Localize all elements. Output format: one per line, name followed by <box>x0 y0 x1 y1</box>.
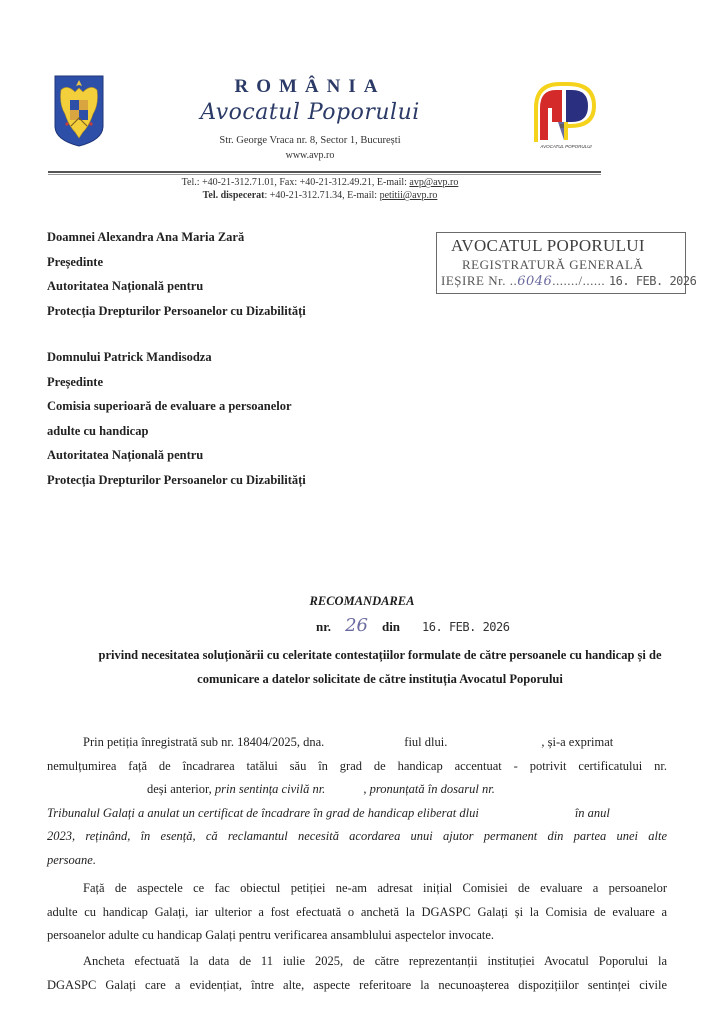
body-line: Față de aspectele ce fac obiectul petiți… <box>47 877 667 901</box>
recommendation-date: 16. FEB. 2026 <box>422 620 509 634</box>
letterhead-address: Str. George Vraca nr. 8, Sector 1, Bucur… <box>180 135 440 146</box>
recipient-block-1: Doamnei Alexandra Ana Maria Zară Președi… <box>47 227 306 325</box>
recommendation-title-text: RECOMANDAREA <box>310 594 415 608</box>
stamp-separator: ......./...... <box>552 273 605 288</box>
avp-logo-icon: AVOCATUL POPORULUI <box>522 78 604 154</box>
paragraph-3: Ancheta efectuată la data de 11 iulie 20… <box>47 950 667 997</box>
body-line: persoane. <box>47 849 667 873</box>
recommendation-title: RECOMANDAREA <box>0 594 724 609</box>
recipient-name: Domnului Patrick Mandisodza <box>47 347 306 372</box>
body-line: nemulțumirea față de încadrarea tatălui … <box>47 755 667 779</box>
text-segment: Prin petiția înregistrată sub nr. 18404/… <box>83 735 324 749</box>
text-segment: în anul <box>575 806 610 820</box>
body-line: Tribunalul Galați a anulat un certificat… <box>47 802 667 826</box>
recommendation-number: 26 <box>345 615 368 636</box>
letterhead-website[interactable]: www.avp.ro <box>180 150 440 161</box>
svg-text:AVOCATUL POPORULUI: AVOCATUL POPORULUI <box>539 144 592 149</box>
petition-email-link[interactable]: petitii@avp.ro <box>380 190 438 201</box>
recommendation-subject: privind necesitatea soluționării cu cele… <box>80 643 680 691</box>
dispatch-phone: : +40-21-312.71.34, E-mail: <box>264 190 379 201</box>
nr-label: nr. <box>316 619 331 634</box>
text-segment: , pronunțată în dosarul nr. <box>363 782 495 796</box>
text-segment: prin sentința civilă nr. <box>215 782 325 796</box>
contact-email-link[interactable]: avp@avp.ro <box>409 177 458 188</box>
recipient-org-line: Protecția Drepturilor Persoanelor cu Diz… <box>47 301 306 326</box>
stamp-date: 16. FEB. 2026 <box>609 274 696 288</box>
recipient-title: Președinte <box>47 252 306 277</box>
letterhead-contact-line: Tel.: +40-21-312.71.01, Fax: +40-21-312.… <box>140 177 500 188</box>
text-segment: deși anterior, <box>147 782 215 796</box>
paragraph-2: Față de aspectele ce fac obiectul petiți… <box>47 877 667 948</box>
stamp-registry: REGISTRATURĂ GENERALĂ <box>462 257 643 273</box>
letterhead-country: ROMÂNIA <box>180 76 440 98</box>
text-segment: , și-a exprimat <box>541 735 613 749</box>
body-line: deși anterior, prin sentința civilă nr.,… <box>47 778 667 802</box>
recipient-org-line: Comisia superioară de evaluare a persoan… <box>47 396 306 421</box>
recipient-org-line: Autoritatea Națională pentru <box>47 276 306 301</box>
stamp-exit-label: IEȘIRE Nr. <box>441 273 506 288</box>
recipient-name: Doamnei Alexandra Ana Maria Zară <box>47 227 306 252</box>
dispatch-label: Tel. dispecerat <box>203 190 265 201</box>
body-line: 2023, reținând, în esență, că reclamantu… <box>47 825 667 849</box>
recipient-title: Președinte <box>47 372 306 397</box>
stamp-number: 6046 <box>517 274 552 289</box>
body-line: persoanelor adulte cu handicap Galați pe… <box>47 924 667 948</box>
letterhead-institution: Avocatul Poporului <box>180 100 440 125</box>
letterhead-dispatch-line: Tel. dispecerat: +40-21-312.71.34, E-mai… <box>140 190 500 201</box>
body-line: DGASPC Galați care a evidențiat, între a… <box>47 974 667 998</box>
contact-phone-fax: Tel.: +40-21-312.71.01, Fax: +40-21-312.… <box>182 177 410 188</box>
text-segment: fiul dlui. <box>404 735 447 749</box>
recommendation-number-line: nr.26din16. FEB. 2026 <box>316 615 509 636</box>
recipient-org-line: Autoritatea Națională pentru <box>47 445 306 470</box>
romanian-coat-of-arms-icon <box>53 74 105 148</box>
stamp-exit-line: IEȘIRE Nr. ..6046......./...... 16. FEB.… <box>441 273 696 289</box>
paragraph-1: Prin petiția înregistrată sub nr. 18404/… <box>47 731 667 872</box>
recipient-block-2: Domnului Patrick Mandisodza Președinte C… <box>47 347 306 494</box>
body-line: Prin petiția înregistrată sub nr. 18404/… <box>47 731 667 755</box>
recipient-org-line: adulte cu handicap <box>47 421 306 446</box>
letterhead-divider <box>48 171 601 175</box>
text-segment: Tribunalul Galați a anulat un certificat… <box>47 806 479 820</box>
din-label: din <box>382 619 400 634</box>
registry-stamp: AVOCATUL POPORULUI REGISTRATURĂ GENERALĂ… <box>436 232 686 294</box>
body-line: Ancheta efectuată la data de 11 iulie 20… <box>47 950 667 974</box>
body-line: adulte cu handicap Galați, iar ulterior … <box>47 901 667 925</box>
stamp-institution: AVOCATUL POPORULUI <box>451 236 645 256</box>
recipient-org-line: Protecția Drepturilor Persoanelor cu Diz… <box>47 470 306 495</box>
